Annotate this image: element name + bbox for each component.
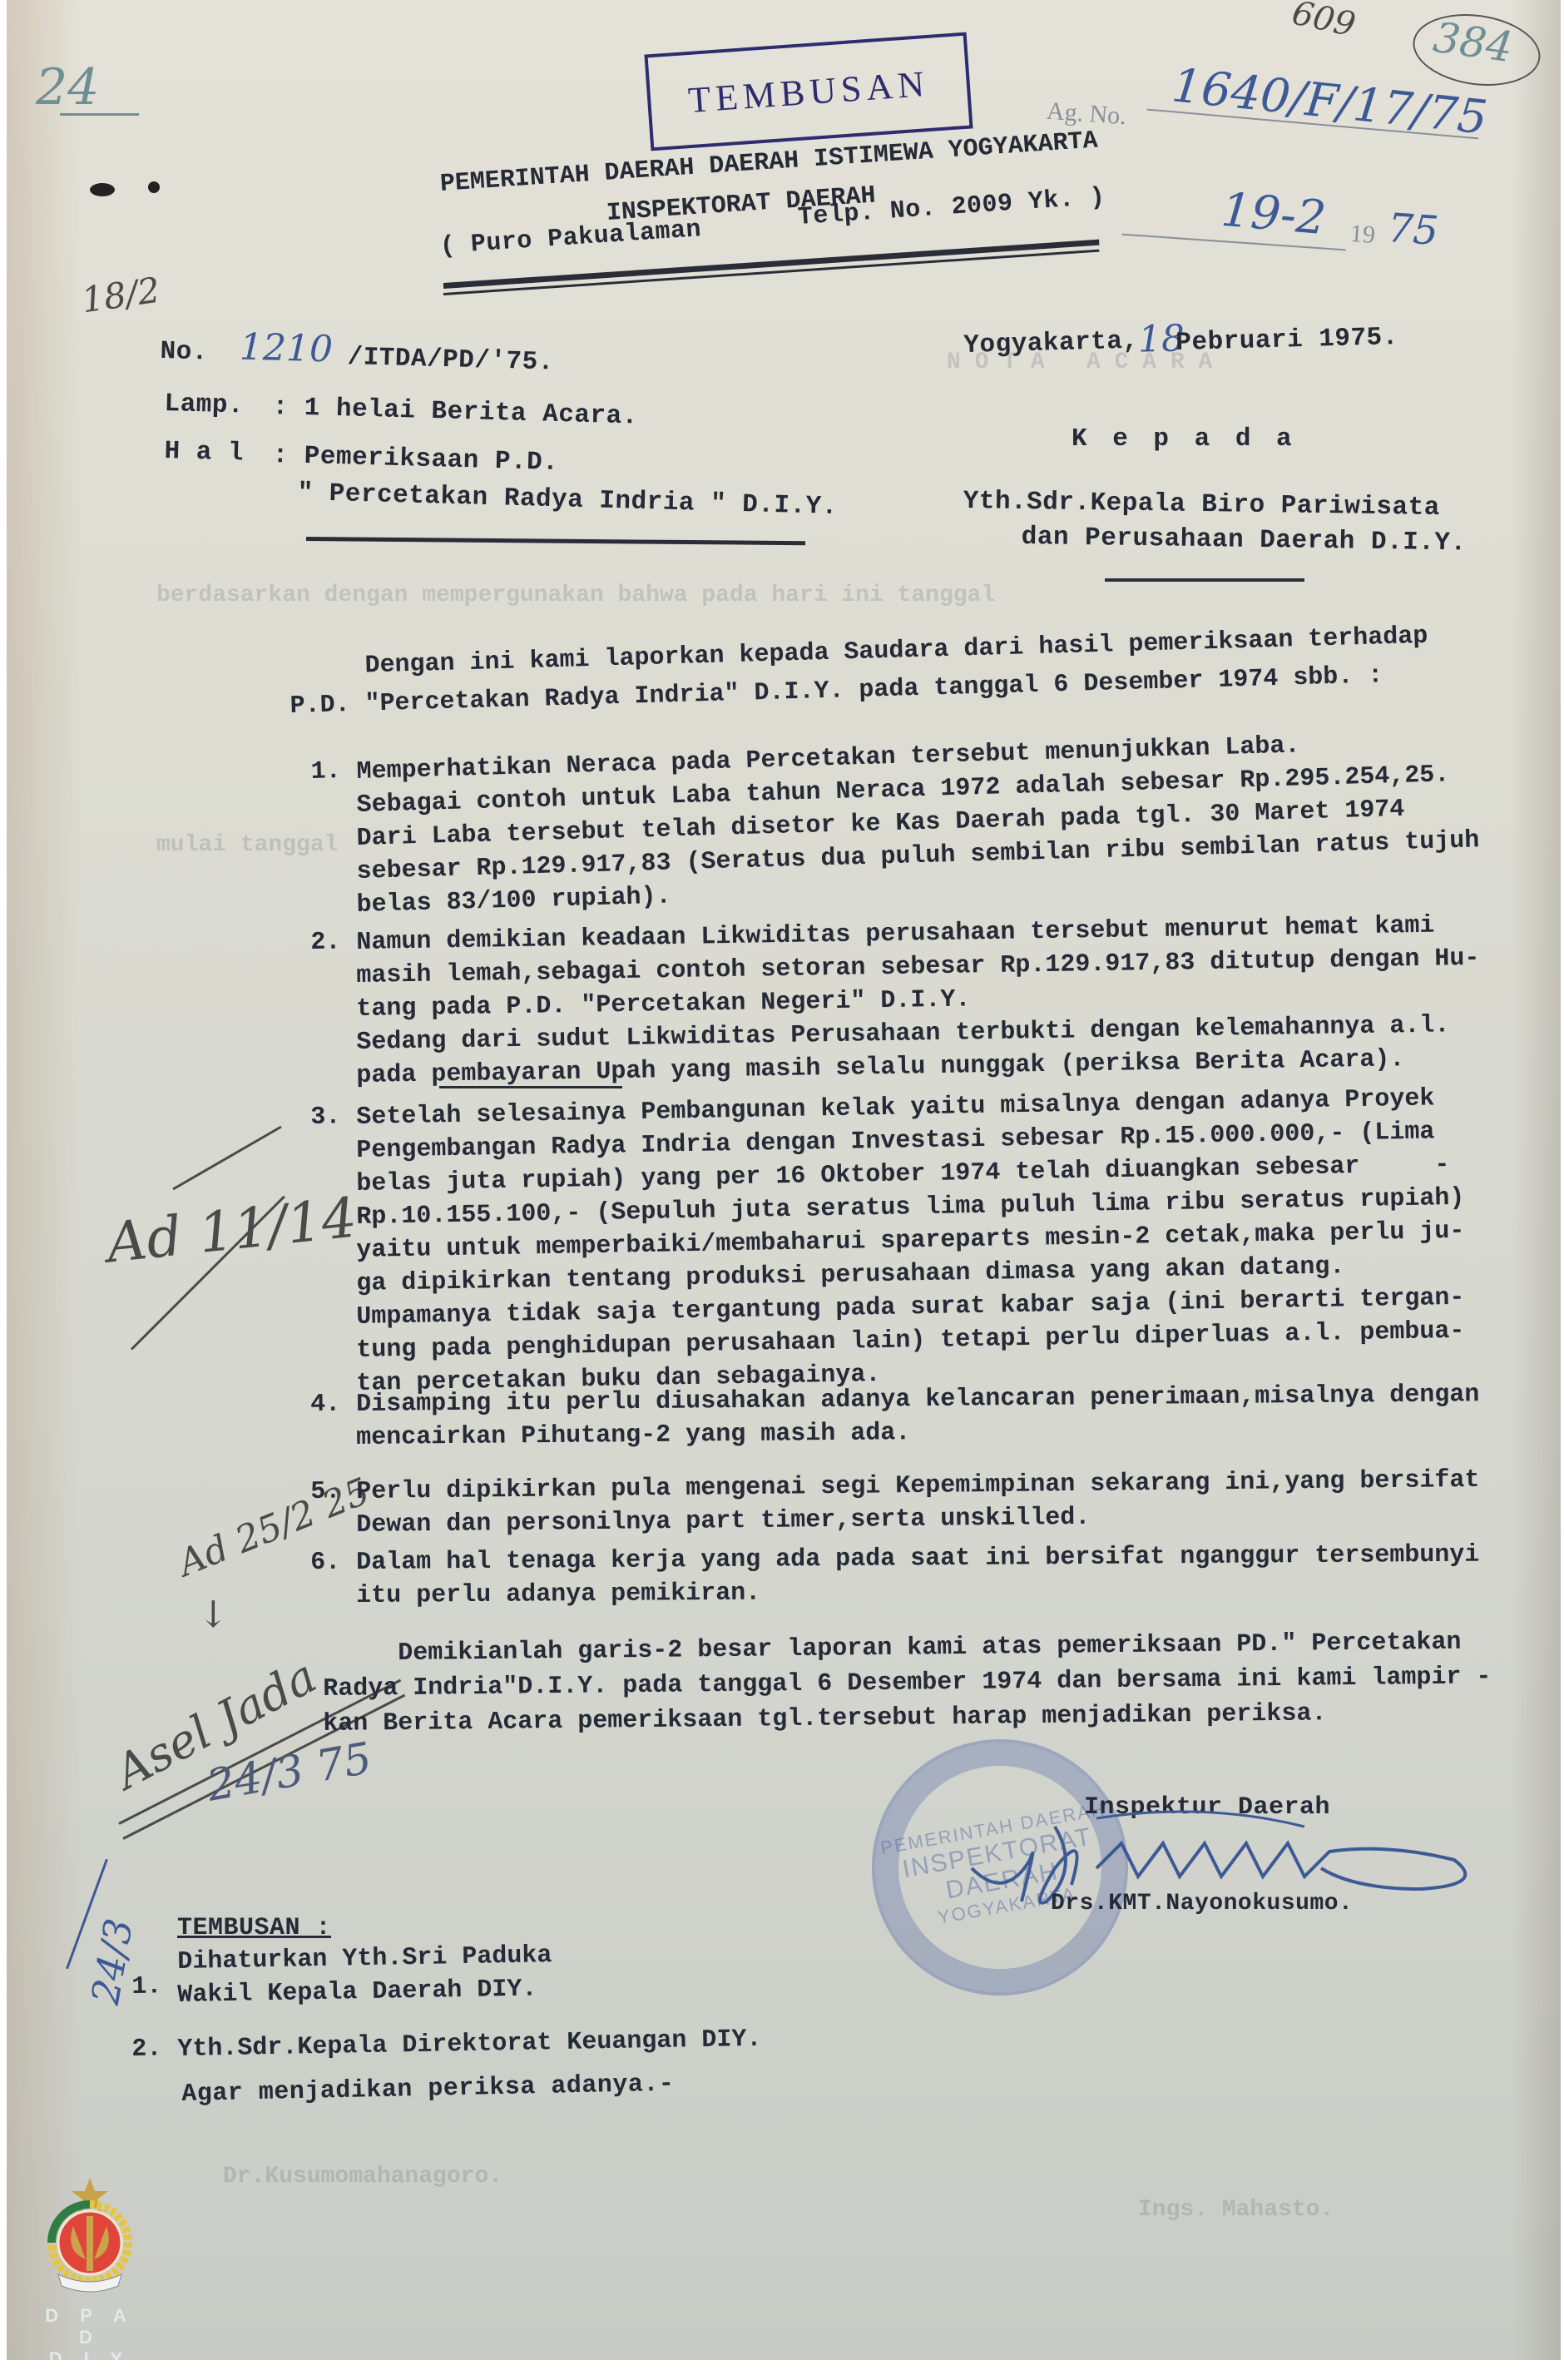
letterhead-address: ( Puro Pakualaman	[439, 216, 702, 261]
attachment-value: : 1 helai Berita Acara.	[272, 393, 638, 431]
subject-label: H a l	[164, 437, 244, 468]
tembusan-item-number: 1.	[131, 1967, 162, 2006]
tembusan-heading: TEMBUSAN :	[177, 1914, 331, 1942]
letterhead-rule-thin	[443, 250, 1099, 295]
kepada-label: K e p a d a	[1072, 424, 1297, 454]
received-year-prefix: 19	[1349, 220, 1376, 250]
received-year-suffix: 75	[1386, 205, 1440, 255]
point-number: 3.	[310, 1098, 341, 1137]
ink-blot	[90, 183, 115, 196]
signatory-name: Drs.KMT.Nayonokusumo.	[1051, 1891, 1353, 1916]
bleed-through-text: berdasarkan dengan mempergunakan bahwa p…	[156, 583, 995, 608]
emphasis-underline	[439, 1086, 622, 1088]
subject-value-line2: " Percetakan Radya Indria " D.I.Y.	[297, 478, 838, 522]
point-line: belas 83/100 rupiah).	[356, 877, 671, 925]
ink-blot	[148, 181, 160, 193]
stamp-label: TEMBUSAN	[687, 62, 931, 121]
point-line: Dewan dan personilnya part timer,serta u…	[356, 1499, 1091, 1545]
tembusan-closing: Agar menjadikan periksa adanya.-	[181, 2070, 675, 2109]
recipient-line1: Yth.Sdr.Kepala Biro Pariwisata	[963, 487, 1441, 523]
bleed-through-text: Ings. Mahasto.	[1138, 2197, 1334, 2223]
archive-number-handwritten: 609	[1289, 0, 1359, 44]
point-line: mencairkan Pihutang-2 yang masih ada.	[356, 1414, 910, 1457]
received-date-handwritten: 19-2	[1219, 183, 1328, 246]
dpad-diy-logo: D P A D D I Y	[40, 2176, 140, 2360]
point-line: itu perlu adanya pemikiran.	[356, 1574, 760, 1615]
margin-number-underline	[60, 113, 139, 116]
letter-number-handwritten: 1210	[239, 326, 333, 371]
watermark-line2: D I Y	[40, 2348, 140, 2360]
letter-number-suffix: /ITDA/PD/'75.	[347, 343, 554, 377]
recipient-line2: dan Perusahaan Daerah D.I.Y.	[1022, 523, 1467, 558]
date-month-year: Pebruari 1975.	[1175, 323, 1398, 358]
point-number: 2.	[310, 923, 341, 962]
point-number: 4.	[310, 1386, 340, 1424]
letter-number-label: No.	[160, 337, 208, 367]
watermark-line1: D P A D	[40, 2305, 140, 2348]
tembusan-item-line: Yth.Sdr.Kepala Direktorat Keuangan DIY.	[177, 2021, 762, 2069]
tembusan-item-number: 2.	[131, 2030, 162, 2069]
disposition-stroke	[172, 1126, 281, 1191]
disposition-note-1: Ad 11/14	[104, 1185, 359, 1275]
yogyakarta-coat-of-arms-icon	[40, 2176, 140, 2301]
initial-date-handwritten: 18/2	[79, 270, 162, 321]
subject-underline	[306, 537, 805, 545]
place-label: Yogyakarta,	[963, 326, 1139, 359]
attachment-label: Lamp.	[164, 389, 244, 420]
tembusan-item-line: Wakil Kepala Daerah DIY.	[177, 1970, 537, 2015]
disposition-note-2: Ad 25/2 25	[172, 1470, 375, 1584]
margin-page-number: 24	[36, 58, 99, 117]
recipient-underline	[1105, 578, 1304, 582]
tembusan-stamp: TEMBUSAN	[644, 32, 973, 151]
scanned-document-page: N O T A A C A R A berdasarkan dengan mem…	[7, 0, 1561, 2360]
point-number: 5.	[310, 1473, 340, 1511]
down-arrow-icon: ↓	[198, 1594, 229, 1636]
point-number: 6.	[310, 1544, 340, 1582]
bleed-through-text: mulai tanggal	[156, 832, 338, 858]
point-number: 1.	[310, 752, 341, 791]
bleed-through-text: Dr.Kusumomahanagoro.	[223, 2164, 502, 2189]
subject-value-line1: : Pemeriksaan P.D.	[272, 441, 559, 478]
agenda-label: Ag. No.	[1046, 97, 1127, 131]
